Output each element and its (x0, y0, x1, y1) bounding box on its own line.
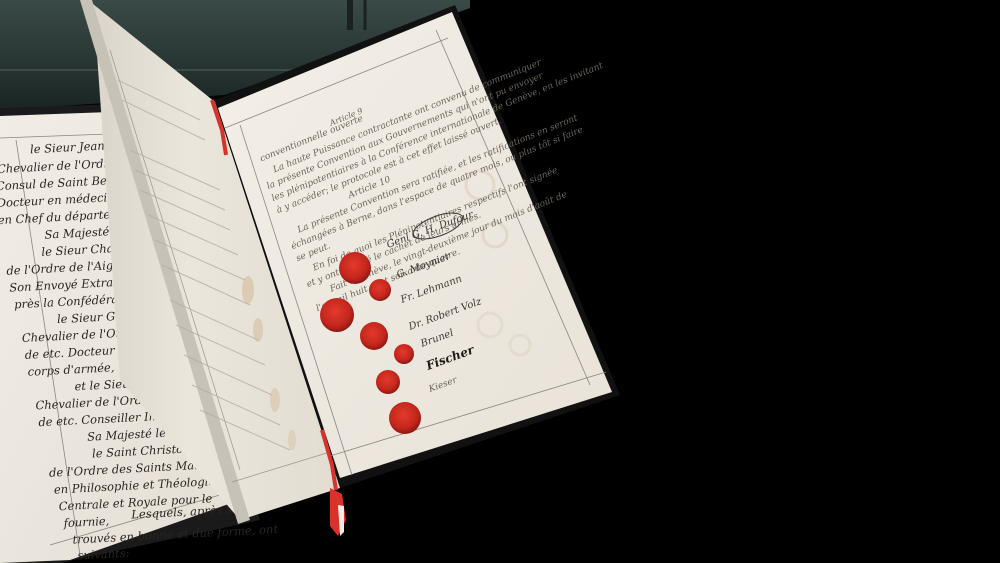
wax-seal (360, 322, 388, 350)
wax-seal (369, 279, 391, 301)
wax-seal (389, 402, 421, 434)
svg-text:fournie,: fournie, (62, 514, 109, 530)
photo-scene: le Sieur Jean Antoine Am Chevalier de l'… (0, 0, 1000, 563)
photo-canvas: le Sieur Jean Antoine Am Chevalier de l'… (0, 0, 1000, 563)
wax-seal (394, 344, 414, 364)
wax-seal (320, 298, 354, 332)
wax-seal (376, 370, 400, 394)
svg-text:suivants:: suivants: (77, 546, 130, 563)
wax-seal (339, 252, 371, 284)
